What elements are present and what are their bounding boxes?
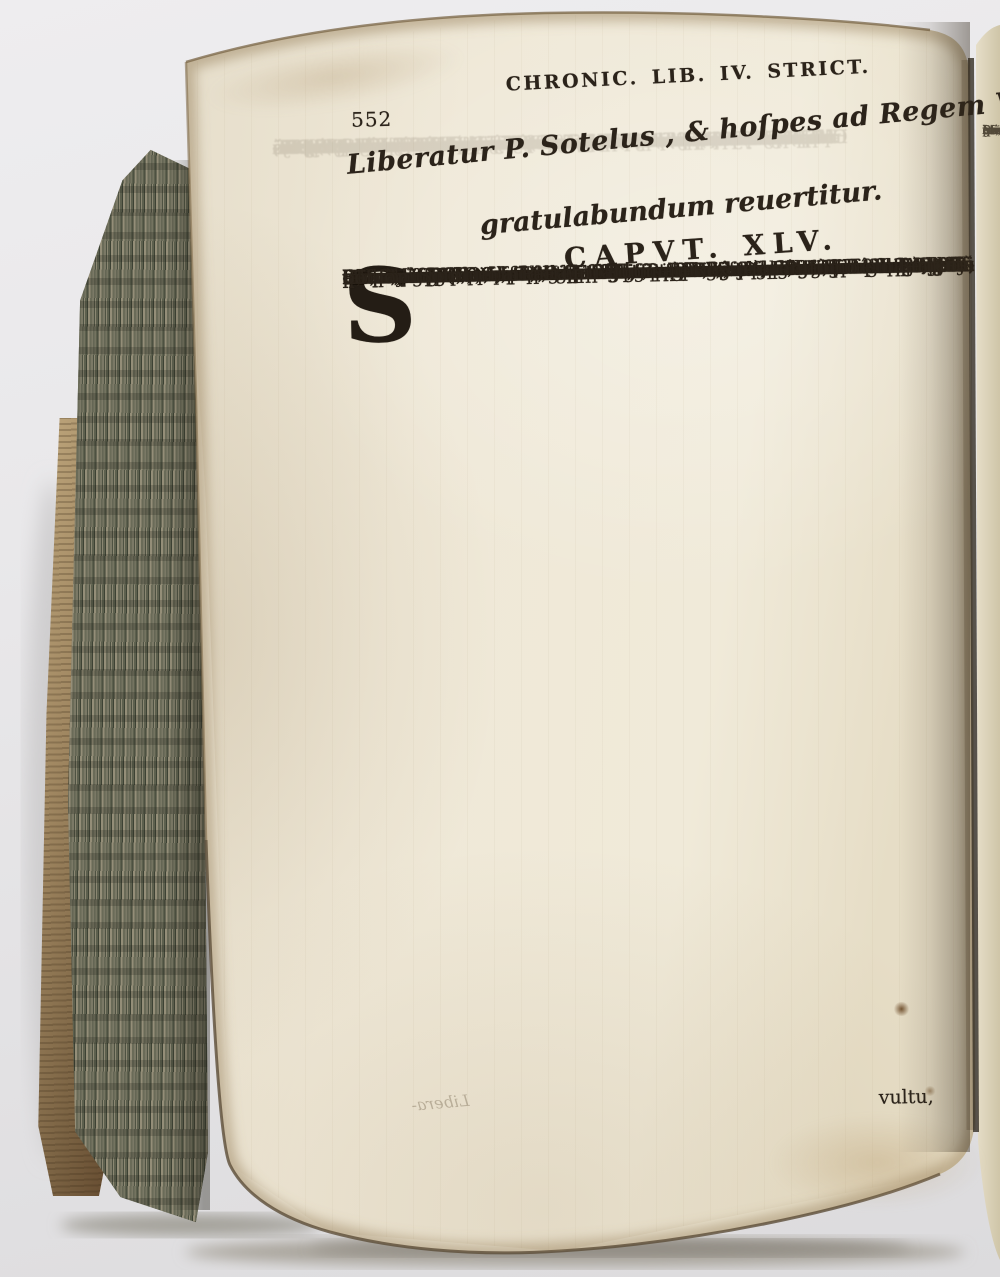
- book-photo-scene: EXTO inſequenti die, Sotelus in libertat…: [0, 0, 1000, 1277]
- chapter-heading-line1: Liberatur P. Sotelus , & hoſpes ad Regem…: [345, 91, 969, 181]
- text-line: porrò Sotelum Patrem ſuum, Rex ſereniſſi…: [342, 251, 974, 294]
- catchword: vultu,: [878, 1086, 933, 1109]
- page-number: 552: [351, 107, 393, 132]
- text-line: M: [982, 112, 995, 149]
- page-content: CHRONIC. LIB. IV. STRICT. 552 Liberatur …: [338, 55, 994, 1203]
